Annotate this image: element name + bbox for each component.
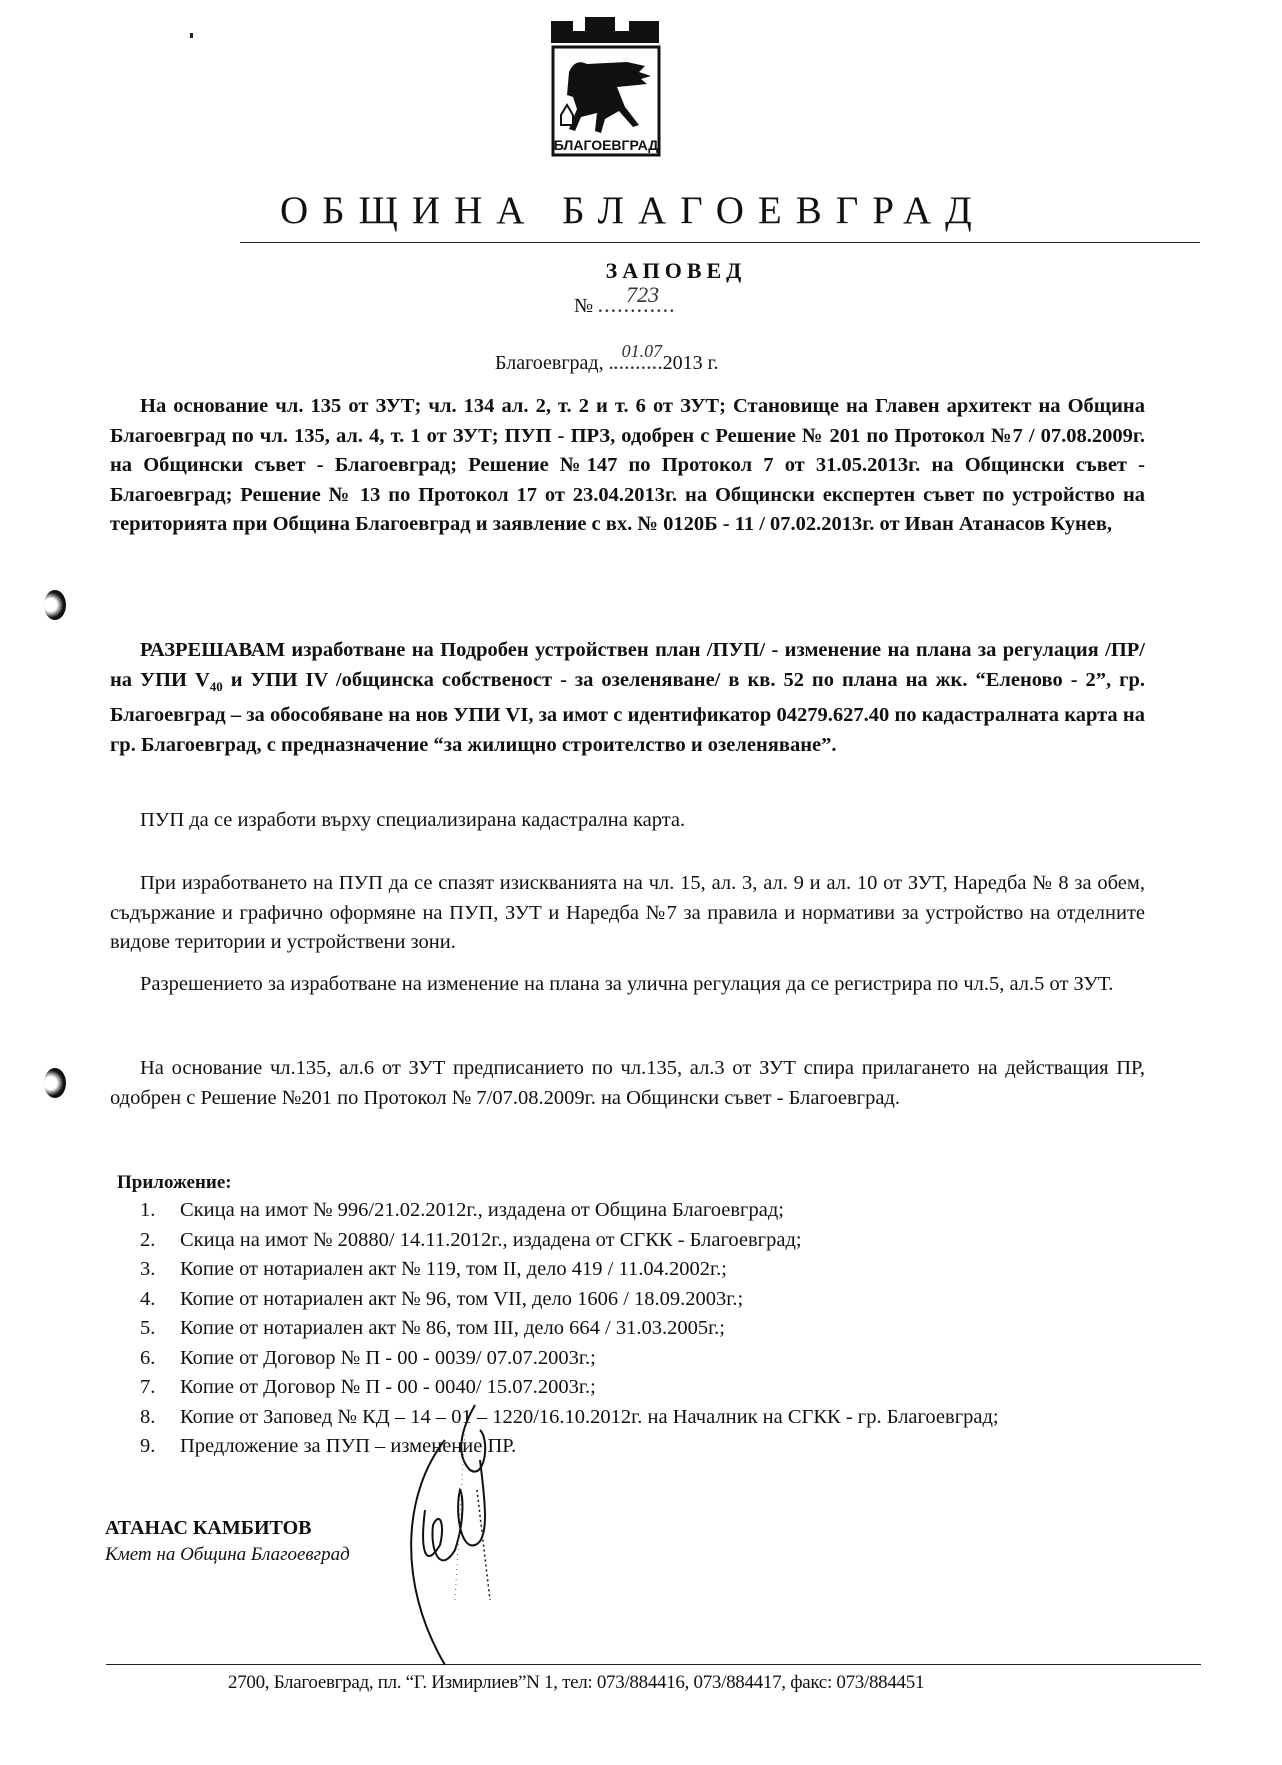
annex-item: 3.Копие от нотариален акт № 119, том II,… [140,1255,1145,1285]
handwritten-number: 723 [626,282,659,308]
annex-item: 8.Копие от Заповед № КД – 14 – 01 – 1220… [140,1403,1145,1433]
svg-text:БЛАГОЕВГРАД: БЛАГОЕВГРАД [554,137,658,153]
requirements-paragraph: При изработването на ПУП да се спазят из… [110,869,1145,958]
annex-item: 9.Предложение за ПУП – изменение ПР. [140,1432,1145,1462]
legal-basis-paragraph: На основание чл. 135 от ЗУТ; чл. 134 ал.… [110,392,1145,540]
header-divider [240,242,1200,243]
registration-paragraph: Разрешението за изработване на изменение… [110,970,1145,1000]
place-and-date: Благоевград, .........01.07.2013 г. [495,349,719,375]
cadastral-paragraph: ПУП да се изработи върху специализирана … [110,806,1145,836]
signer-name: АТАНАС КАМБИТОВ [105,1517,312,1540]
annex-item: 7.Копие от Договор № П - 00 - 0040/ 15.0… [140,1373,1145,1403]
municipality-crest-icon: БЛАГОЕВГРАД [547,17,665,159]
scan-speck [190,33,193,38]
footer-divider [106,1664,1201,1665]
annex-item: 1.Скица на имот № 996/21.02.2012г., изда… [140,1196,1145,1226]
document-number: № ............ 723 [574,292,676,318]
handwritten-signature-icon [385,1400,535,1670]
organization-title: ОБЩИНА БЛАГОЕВГРАД [280,188,986,233]
punch-hole-mark [44,590,66,620]
annex-item: 5.Копие от нотариален акт № 86, том III,… [140,1314,1145,1344]
permit-paragraph: РАЗРЕШАВАМ изработване на Подробен устро… [110,636,1145,760]
date-year: .2013 г. [658,352,719,374]
footer-contact: 2700, Благоевград, пл. “Г. Измирлиев”N 1… [228,1672,924,1694]
punch-hole-mark [44,1068,66,1098]
handwritten-date: 01.07 [622,341,663,362]
suspension-paragraph: На основание чл.135, ал.6 от ЗУТ предпис… [110,1054,1145,1113]
annex-item: 6.Копие от Договор № П - 00 - 0039/ 07.0… [140,1344,1145,1374]
number-label: № [574,295,593,317]
place-label: Благоевград, . [495,352,614,374]
annex-list: 1.Скица на имот № 996/21.02.2012г., изда… [140,1196,1145,1462]
document-type: ЗАПОВЕД [0,258,1282,284]
annex-heading: Приложение: [117,1172,232,1194]
permit-keyword: РАЗРЕШАВАМ [140,639,285,661]
annex-item: 2.Скица на имот № 20880/ 14.11.2012г., и… [140,1226,1145,1256]
annex-item: 4.Копие от нотариален акт № 96, том VII,… [140,1285,1145,1315]
signer-title: Кмет на Община Благоевград [105,1544,350,1566]
